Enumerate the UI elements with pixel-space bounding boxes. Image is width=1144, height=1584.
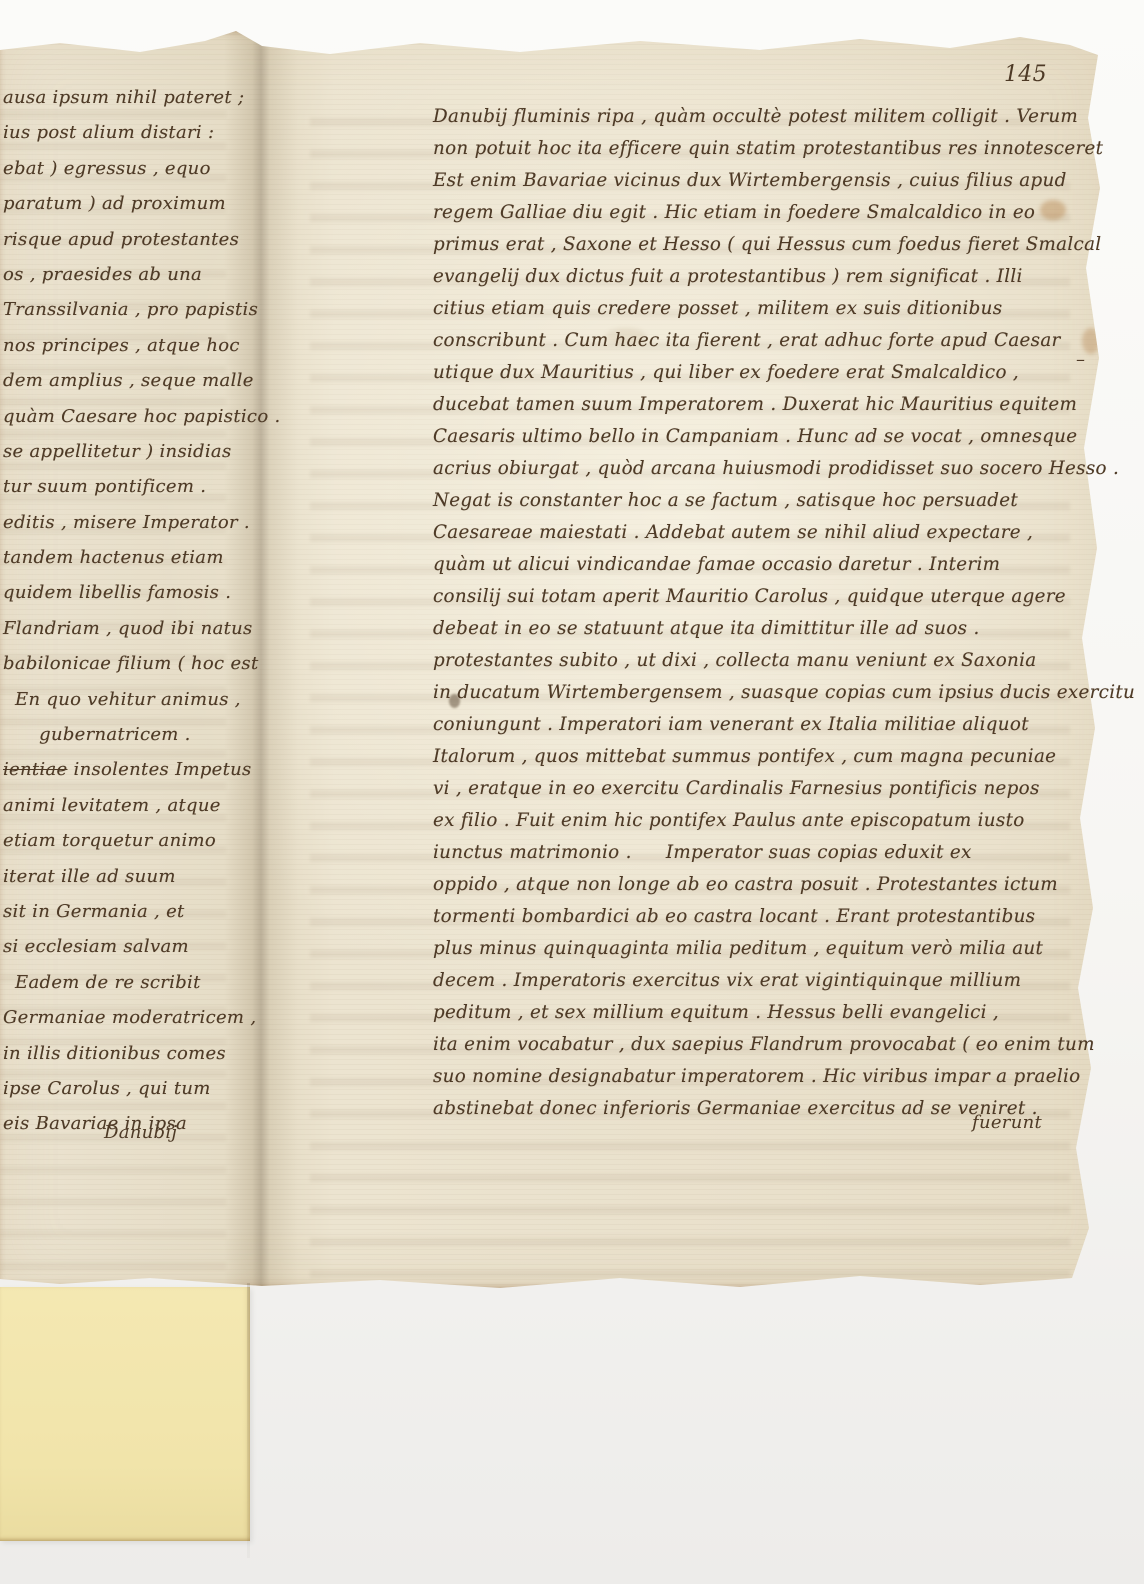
manuscript-line: ita enim vocabatur , dux saepius Flandru…	[433, 1029, 1093, 1061]
manuscript-line: ebat ) egressus , equo	[3, 151, 245, 186]
manuscript-line: risque apud protestantes	[3, 222, 245, 257]
manuscript-line: in illis ditionibus comes	[3, 1036, 245, 1071]
manuscript-line: iterat ille ad suum	[3, 859, 245, 894]
manuscript-line: conscribunt . Cum haec ita fierent , era…	[433, 325, 1093, 357]
manuscript-line: utique dux Mauritius , qui liber ex foed…	[433, 357, 1093, 389]
manuscript-line: suo nomine designabatur imperatorem . Hi…	[433, 1061, 1093, 1093]
manuscript-line: nos principes , atque hoc	[3, 328, 245, 363]
manuscript-line: debeat in eo se statuunt atque ita dimit…	[433, 613, 1093, 645]
manuscript-line: tormenti bombardici ab eo castra locant …	[433, 901, 1093, 933]
manuscript-line: iunctus matrimonio . Imperator suas copi…	[433, 837, 1093, 869]
manuscript-line: coniungunt . Imperatori iam venerant ex …	[433, 709, 1093, 741]
manuscript-line: ipse Carolus , qui tum	[3, 1071, 245, 1106]
right-page-catchword: fuerunt	[972, 1112, 1042, 1133]
manuscript-line: protestantes subito , ut dixi , collecta…	[433, 645, 1093, 677]
manuscript-line: se appellitetur ) insidias	[3, 434, 245, 469]
struck-text: ientiae	[3, 759, 67, 780]
manuscript-line: ius post alium distari :	[3, 115, 245, 150]
manuscript-line: oppido , atque non longe ab eo castra po…	[433, 869, 1093, 901]
manuscript-line: decem . Imperatoris exercitus vix erat v…	[433, 965, 1093, 997]
manuscript-line: Negat is constanter hoc a se factum , sa…	[433, 485, 1093, 517]
right-page-text: Danubij fluminis ripa , quàm occultè pot…	[433, 101, 1093, 1125]
manuscript-line: acrius obiurgat , quòd arcana huiusmodi …	[433, 453, 1093, 485]
manuscript-line: os , praesides ab una	[3, 257, 245, 292]
manuscript-line: tandem hactenus etiam	[3, 540, 245, 575]
manuscript-photo: ausa ipsum nihil pateret ;ius post alium…	[0, 0, 1144, 1584]
manuscript-line: Flandriam , quod ibi natus	[3, 611, 245, 646]
manuscript-line: non potuit hoc ita efficere quin statim …	[433, 133, 1093, 165]
left-page-catchword: Danubij	[104, 1122, 177, 1143]
manuscript-line: vi , eratque in eo exercitu Cardinalis F…	[433, 773, 1093, 805]
manuscript-line: quidem libellis famosis .	[3, 575, 245, 610]
manuscript-line: Italorum , quos mittebat summus pontifex…	[433, 741, 1093, 773]
left-page-text: ausa ipsum nihil pateret ;ius post alium…	[3, 80, 245, 1142]
manuscript-line: Eadem de re scribit	[3, 965, 245, 1000]
manuscript-line: Est enim Bavariae vicinus dux Wirtemberg…	[433, 165, 1093, 197]
manuscript-line: Caesaris ultimo bello in Campaniam . Hun…	[433, 421, 1093, 453]
manuscript-line: Transsilvania , pro papistis	[3, 292, 245, 327]
manuscript-line: ducebat tamen suum Imperatorem . Duxerat…	[433, 389, 1093, 421]
manuscript-line: animi levitatem , atque	[3, 788, 245, 823]
manuscript-line: citius etiam quis credere posset , milit…	[433, 293, 1093, 325]
manuscript-line: primus erat , Saxone et Hesso ( qui Hess…	[433, 229, 1093, 261]
manuscript-line: etiam torquetur animo	[3, 823, 245, 858]
manuscript-line: En quo vehitur animus ,	[3, 682, 245, 717]
manuscript-line: in ducatum Wirtembergensem , suasque cop…	[433, 677, 1093, 709]
manuscript-line: quàm ut alicui vindicandae famae occasio…	[433, 549, 1093, 581]
manuscript-line: regem Galliae diu egit . Hic etiam in fo…	[433, 197, 1093, 229]
manuscript-line: gubernatricem .	[3, 717, 245, 752]
manuscript-line: editis , misere Imperator .	[3, 505, 245, 540]
manuscript-line: peditum , et sex millium equitum . Hessu…	[433, 997, 1093, 1029]
manuscript-line: evangelij dux dictus fuit a protestantib…	[433, 261, 1093, 293]
manuscript-line: si ecclesiam salvam	[3, 929, 245, 964]
folio-page-number: 145	[1004, 62, 1047, 87]
manuscript-line: ausa ipsum nihil pateret ;	[3, 80, 245, 115]
manuscript-line: sit in Germania , et	[3, 894, 245, 929]
manuscript-line: paratum ) ad proximum	[3, 186, 245, 221]
manuscript-line: babilonicae filium ( hoc est	[3, 646, 245, 681]
manuscript-line: Germaniae moderatricem ,	[3, 1000, 245, 1035]
manuscript-line: tur suum pontificem .	[3, 469, 245, 504]
margin-dash-mark: –	[1076, 349, 1085, 370]
manuscript-line: dem amplius , seque malle	[3, 363, 245, 398]
underlying-yellow-leaf	[0, 1287, 250, 1541]
manuscript-line: ex filio . Fuit enim hic pontifex Paulus…	[433, 805, 1093, 837]
manuscript-line: plus minus quinquaginta milia peditum , …	[433, 933, 1093, 965]
manuscript-line: consilij sui totam aperit Mauritio Carol…	[433, 581, 1093, 613]
manuscript-line: Caesareae maiestati . Addebat autem se n…	[433, 517, 1093, 549]
manuscript-line: Danubij fluminis ripa , quàm occultè pot…	[433, 101, 1093, 133]
manuscript-line: ientiae insolentes Impetus	[3, 752, 245, 787]
manuscript-line: quàm Caesare hoc papistico .	[3, 399, 245, 434]
